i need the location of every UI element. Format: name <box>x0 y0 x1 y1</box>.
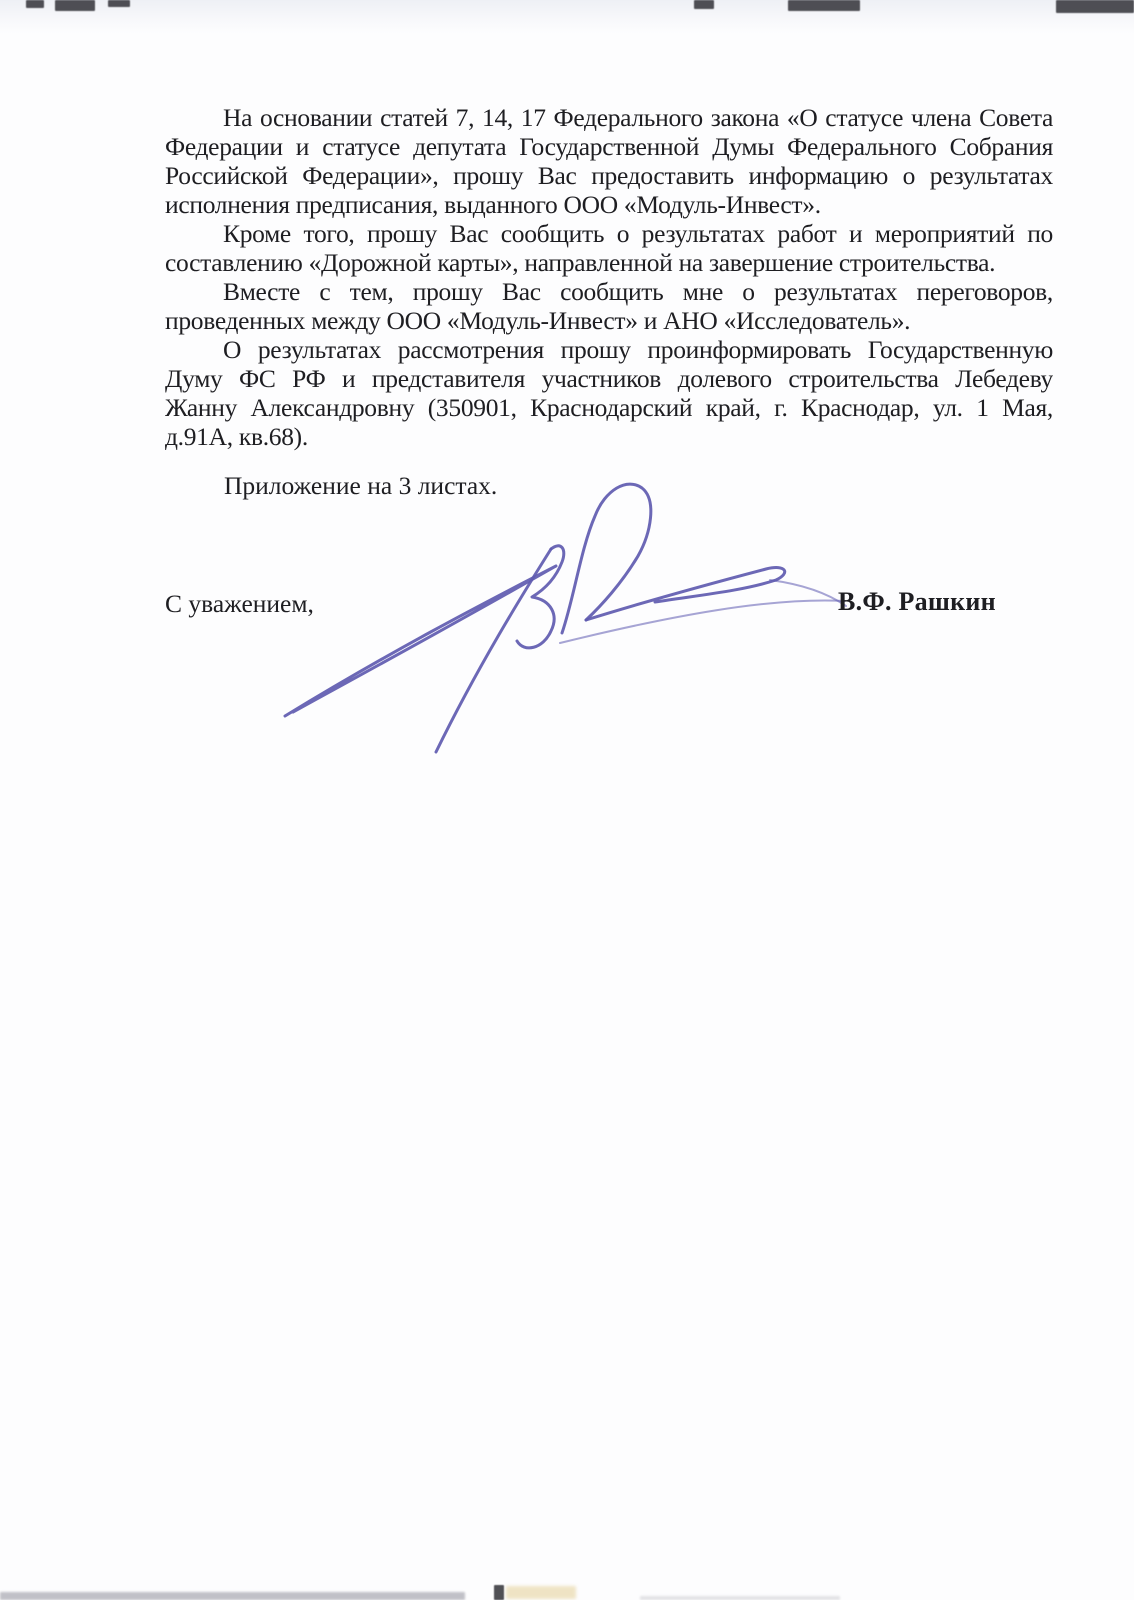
scan-artifact <box>55 0 95 11</box>
scan-artifact <box>26 0 44 8</box>
scan-artifact <box>506 1586 576 1599</box>
scan-artifact <box>494 1585 504 1600</box>
scan-artifact <box>1056 0 1134 13</box>
letter-line: Российской Федерации», прошу Вас предост… <box>165 161 1053 190</box>
signatory-name: В.Ф. Рашкин <box>838 587 996 616</box>
letter-line: д.91А, кв.68). <box>165 422 1053 451</box>
scan-artifact <box>788 0 860 11</box>
letter-line: составлению «Дорожной карты», направленн… <box>165 248 1053 277</box>
letter-line: На основании статей 7, 14, 17 Федерально… <box>165 103 1053 132</box>
letter-line: Жанну Александровну (350901, Краснодарск… <box>165 393 1053 422</box>
scan-top-wash <box>0 0 1134 34</box>
scan-artifact <box>108 0 130 7</box>
scan-artifact <box>640 1596 840 1600</box>
letter-line: О результатах рассмотрения прошу проинфо… <box>165 335 1053 364</box>
letter-line: Думу ФС РФ и представителя участников до… <box>165 364 1053 393</box>
closing-salutation: С уважением, <box>165 589 314 618</box>
letter-body: На основании статей 7, 14, 17 Федерально… <box>165 103 1053 451</box>
scan-artifact <box>0 1592 465 1600</box>
letter-line: проведенных между ООО «Модуль-Инвест» и … <box>165 306 1053 335</box>
attachment-note: Приложение на 3 листах. <box>224 471 497 500</box>
scan-artifact <box>694 0 714 9</box>
letter-line: Вместе с тем, прошу Вас сообщить мне о р… <box>165 277 1053 306</box>
letter-line: Федерации и статусе депутата Государстве… <box>165 132 1053 161</box>
letter-line: Кроме того, прошу Вас сообщить о результ… <box>165 219 1053 248</box>
letter-line: исполнения предписания, выданного ООО «М… <box>165 190 1053 219</box>
scanned-letter-page: На основании статей 7, 14, 17 Федерально… <box>0 0 1134 1600</box>
